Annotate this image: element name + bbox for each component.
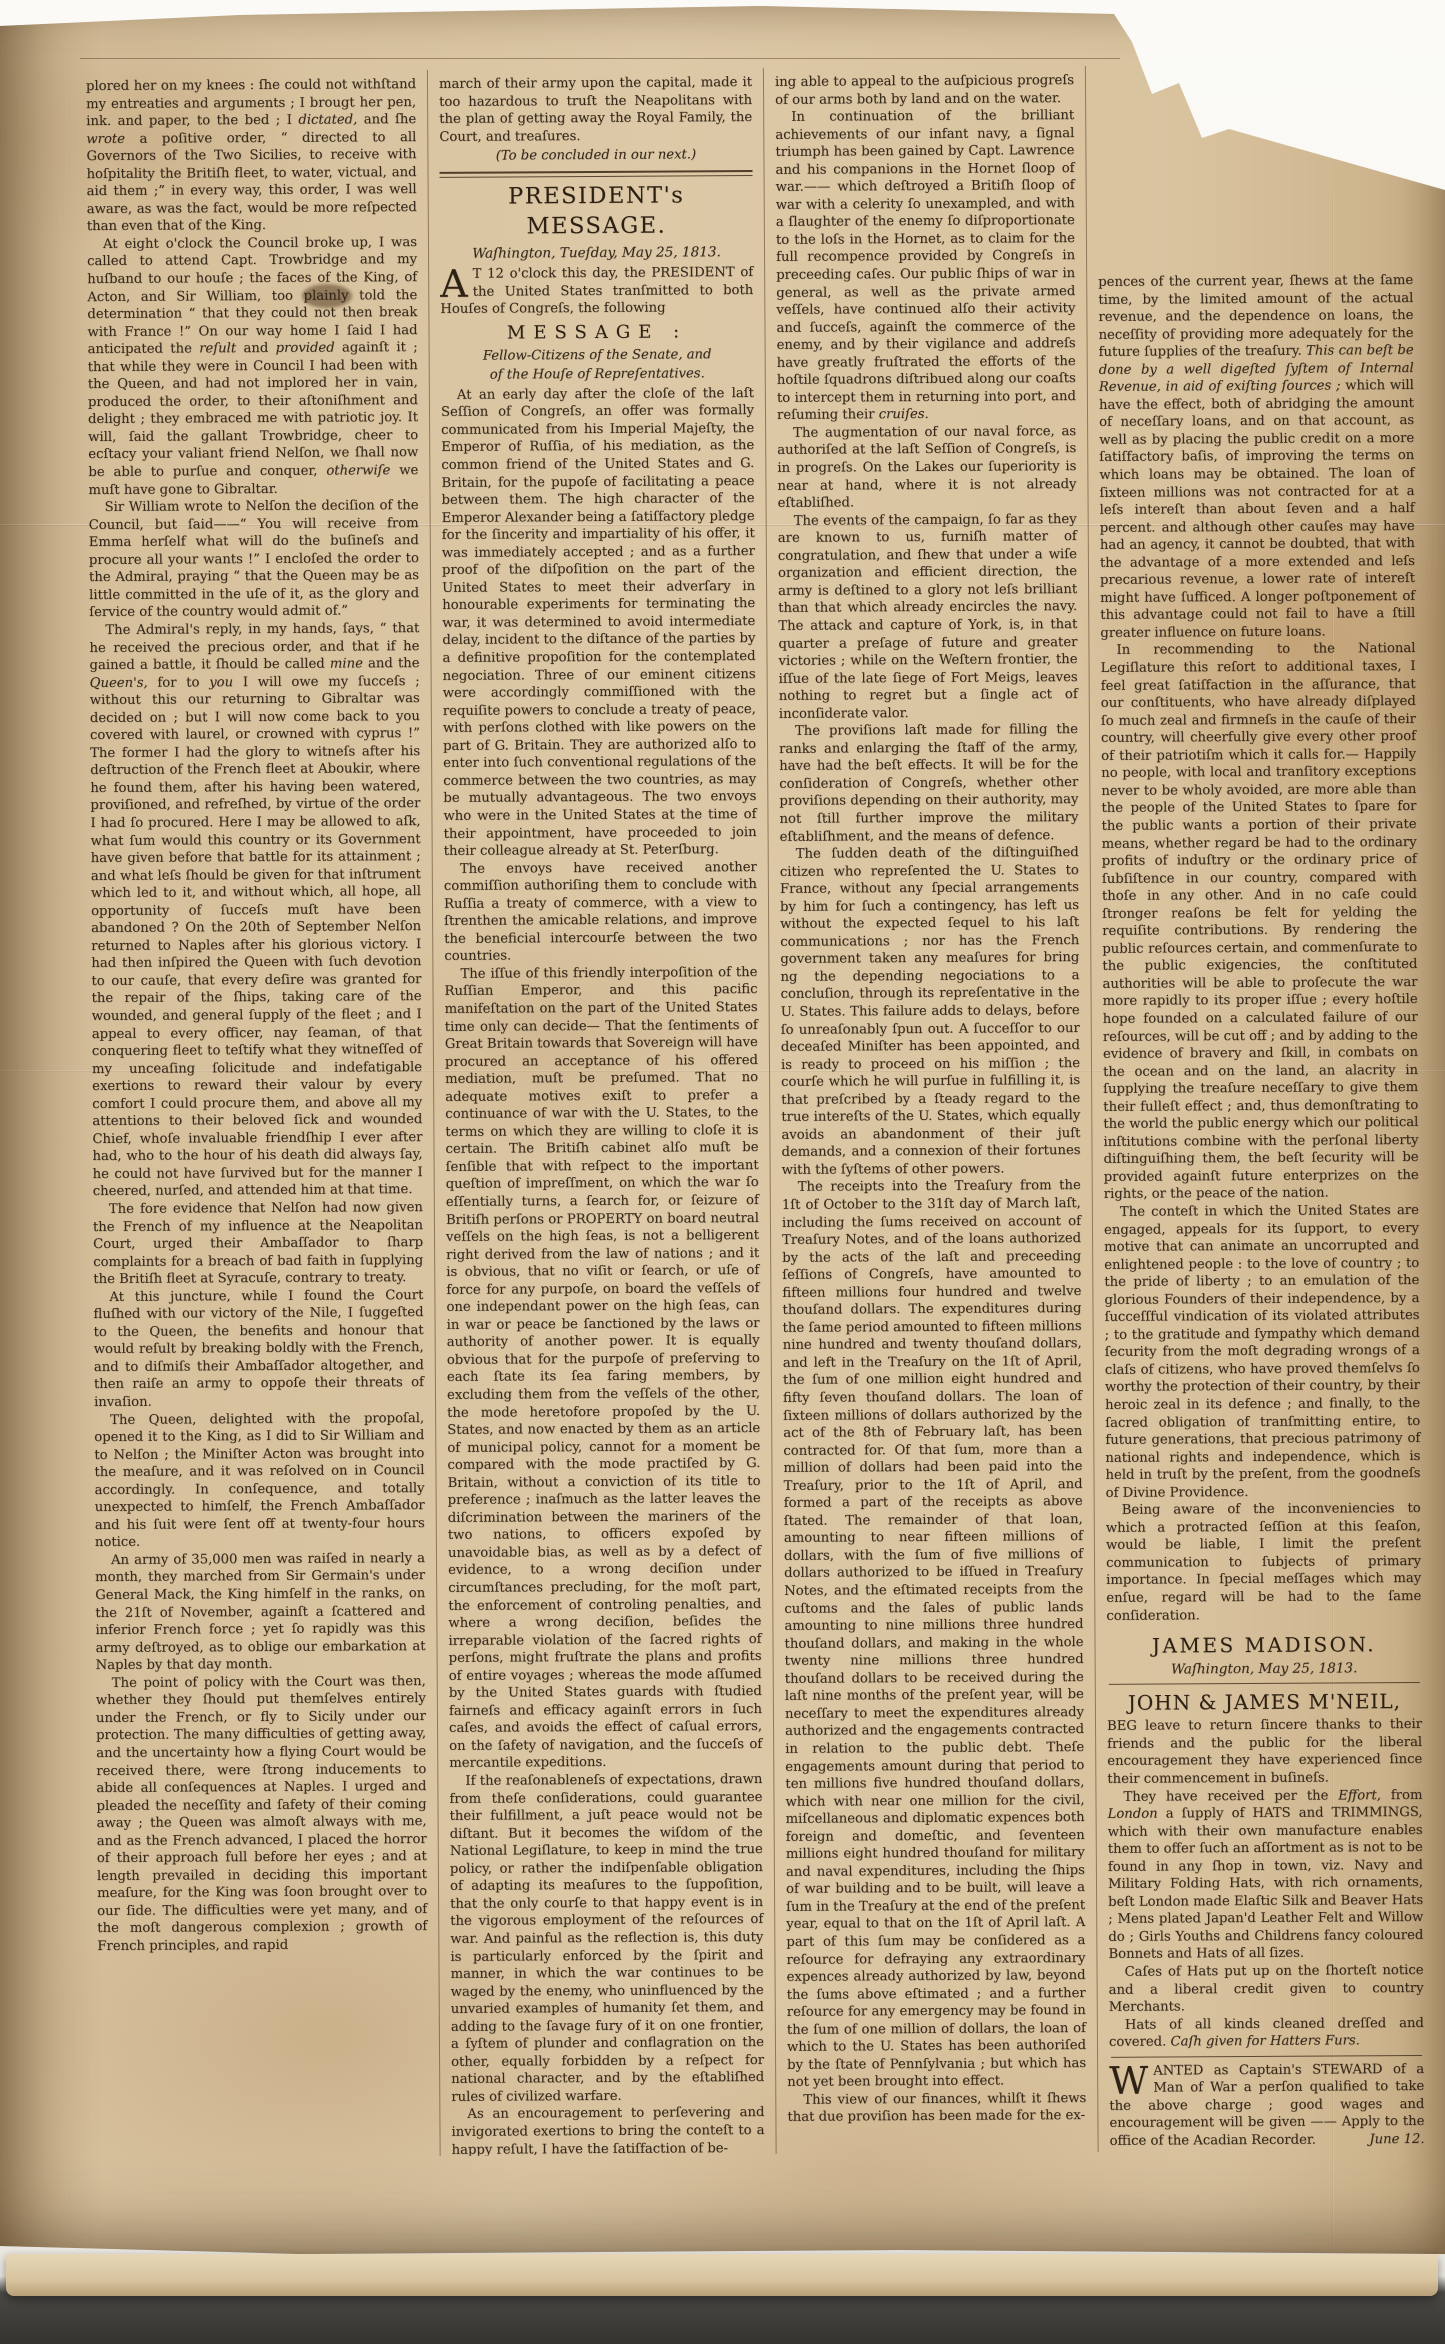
message-salutation-line1: Fellow-Citizens of the Senate, and (441, 346, 754, 365)
story-paragraph: The Queen, delighted with the propoſal, … (94, 1410, 425, 1552)
message-paragraph: The ſudden death of the diſtinguiſhed ci… (780, 844, 1081, 1179)
column-4: pences of the current year, ſhews at the… (1085, 64, 1436, 2152)
message-paragraph: The events of the campaign, ſo far as th… (778, 511, 1078, 723)
mcneil-ad-heading: JOHN & JAMES M'NEIL, (1107, 1688, 1422, 1717)
message-label: MESSAGE : (440, 320, 753, 346)
page-top-rule (80, 58, 1120, 59)
message-paragraph: The proviſions laſt made for filling the… (779, 721, 1079, 846)
message-paragraph: As an encouragement to perſevering and i… (451, 2104, 764, 2156)
story-paragraph: Sir William wrote to Nelſon the deciſion… (89, 497, 420, 622)
message-paragraph: Being aware of the inconveniencies to wh… (1106, 1500, 1422, 1625)
double-rule (440, 170, 753, 178)
column-2: march of their army upon the capital, ma… (427, 68, 776, 2156)
message-paragraph: The envoys have received another commiſſ… (444, 859, 758, 966)
dropcap-initial: A (440, 266, 473, 298)
newspaper-page: plored her on my knees : ſhe could not w… (0, 6, 1445, 2254)
story-paragraph: The Admiral's reply, in my hands, ſays, … (89, 620, 423, 1201)
story-paragraph: plored her on my knees : ſhe could not w… (86, 76, 417, 236)
ad-paragraph: BEG leave to return ſincere thanks to th… (1107, 1716, 1422, 1788)
story-paragraph: The fore evidence that Nelſon had now gi… (93, 1199, 424, 1289)
story-paragraph: At this juncture, while I found the Cour… (93, 1287, 424, 1412)
message-paragraph: In continuation of the brilliant achieve… (775, 107, 1076, 425)
message-paragraph: The conteſt in which the United States a… (1104, 1202, 1421, 1502)
message-opening-paragraph: AT 12 o'clock this day, the PRESIDENT of… (440, 264, 753, 319)
column-1: plored her on my knees : ſhe could not w… (75, 70, 440, 2158)
ad-paragraph: They have received per the Effort, from … (1107, 1786, 1423, 1963)
message-paragraph: pences of the current year, ſhews at the… (1098, 272, 1415, 642)
ad-paragraph: Caſes of Hats put up on the ſhorteſt not… (1108, 1962, 1423, 2017)
james-madison-signature: JAMES MADISON. (1106, 1631, 1421, 1660)
message-paragraph: In recommending to the National Legiſlat… (1100, 640, 1418, 1203)
section-rule (1109, 1682, 1420, 1685)
message-paragraph: The iſſue of this friendly interpoſition… (444, 964, 762, 1773)
column-3: ing able to appeal to the auſpicious pro… (763, 66, 1098, 2154)
story-paragraph: The point of policy with the Court was t… (96, 1673, 428, 1956)
ad-date: June 12. (1369, 2131, 1424, 2149)
story-paragraph: An army of 35,000 men was raiſed in near… (95, 1550, 426, 1675)
section-rule (1111, 2055, 1422, 2058)
presidents-message-headline: PRESIDENT's MESSAGE. (440, 181, 753, 243)
message-paragraph: At an early day after the cloſe of the l… (441, 385, 757, 861)
message-paragraph: ing able to appeal to the auſpicious pro… (775, 72, 1074, 109)
dropcap-initial: W (1109, 2062, 1153, 2094)
message-dateline: Waſhington, Tueſday, May 25, 1813. (440, 243, 753, 263)
message-paragraph: This view of our finances, whilſt it ſhe… (787, 2090, 1086, 2127)
to-be-concluded-note: (To be concluded in our next.) (439, 146, 752, 165)
message-paragraph: The receipts into the Treaſury from the … (782, 1177, 1087, 2091)
printed-area: plored her on my knees : ſhe could not w… (75, 64, 1437, 2158)
message-salutation-line2: of the Houſe of Repreſentatives. (441, 365, 754, 384)
underlying-page-edge (6, 2254, 1438, 2296)
story-paragraph: march of their army upon the capital, ma… (439, 74, 752, 146)
signature-dateline: Waſhington, May 25, 1813. (1107, 1659, 1422, 1679)
wanted-steward-ad: WANTED as Captain's STEWARD of a Man of … (1109, 2061, 1425, 2151)
message-paragraph: If the reaſonableneſs of expectations, d… (449, 1771, 764, 2106)
message-paragraph: The augmentation of our naval force, as … (777, 423, 1077, 513)
ad-paragraph: Hats of all kinds cleaned dreſſed and co… (1109, 2015, 1424, 2052)
photo-background: { "page": { "columns": [ {"blocks": [ {"… (0, 0, 1445, 2344)
story-paragraph: At eight o'clock the Council broke up, I… (87, 234, 419, 499)
